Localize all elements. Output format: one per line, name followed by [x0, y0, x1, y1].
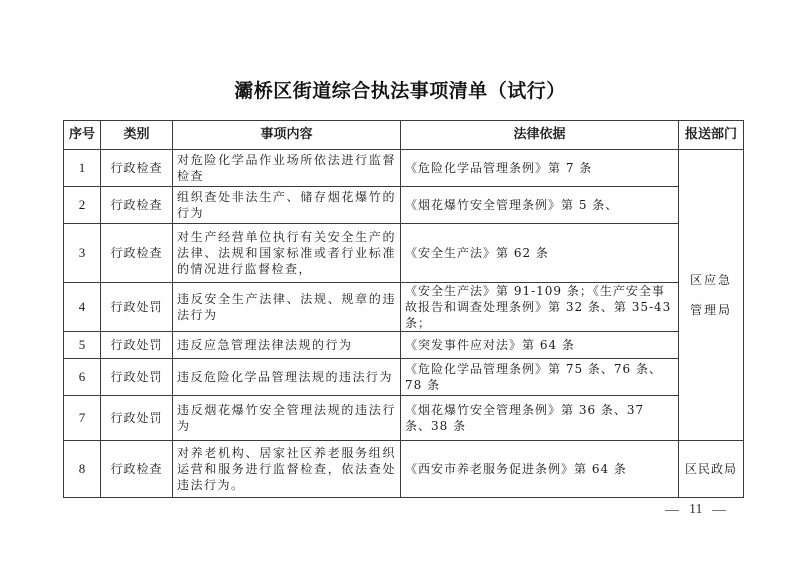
row-content: 对养老机构、居家社区养老服务组织运营和服务进行监督检查，依法查处违法行为。: [173, 441, 401, 498]
department-emergency: 区应急管理局: [679, 150, 744, 441]
row-basis: 《安全生产法》第 91-109 条；《生产安全事故报告和调查处理条例》第 32 …: [401, 283, 679, 332]
table-row: 7 行政处罚 违反烟花爆竹安全管理法规的违法行为 《烟花爆竹安全管理条例》第 3…: [64, 396, 744, 441]
row-no: 7: [64, 396, 101, 441]
row-content: 违反应急管理法律法规的行为: [173, 332, 401, 359]
row-content: 对危险化学品作业场所依法进行监督检查: [173, 150, 401, 187]
row-basis: 《危险化学品管理条例》第 75 条、76 条、78 条: [401, 359, 679, 396]
header-category: 类别: [101, 121, 173, 150]
header-department: 报送部门: [679, 121, 744, 150]
table-header-row: 序号 类别 事项内容 法律依据 报送部门: [64, 121, 744, 150]
page-footer: 11: [665, 502, 726, 518]
row-basis: 《安全生产法》第 62 条: [401, 224, 679, 283]
department-civil-affairs: 区民政局: [679, 441, 744, 498]
row-content: 违反危险化学品管理法规的违法行为: [173, 359, 401, 396]
header-no: 序号: [64, 121, 101, 150]
row-category: 行政处罚: [101, 332, 173, 359]
row-category: 行政检查: [101, 187, 173, 224]
row-basis: 《危险化学品管理条例》第 7 条: [401, 150, 679, 187]
row-content: 对生产经营单位执行有关安全生产的法律、法规和国家标准或者行业标准的情况进行监督检…: [173, 224, 401, 283]
table-row: 3 行政检查 对生产经营单位执行有关安全生产的法律、法规和国家标准或者行业标准的…: [64, 224, 744, 283]
row-no: 3: [64, 224, 101, 283]
dash-right: [712, 510, 726, 511]
dash-left: [665, 510, 679, 511]
row-no: 8: [64, 441, 101, 498]
row-no: 2: [64, 187, 101, 224]
row-category: 行政检查: [101, 224, 173, 283]
page-title: 灞桥区街道综合执法事项清单（试行）: [0, 76, 800, 103]
header-basis: 法律依据: [401, 121, 679, 150]
row-basis: 《突发事件应对法》第 64 条: [401, 332, 679, 359]
row-basis: 《烟花爆竹安全管理条例》第 36 条、37 条、38 条: [401, 396, 679, 441]
department-label: 区应急管理局: [689, 265, 733, 325]
row-category: 行政处罚: [101, 283, 173, 332]
table-row: 8 行政检查 对养老机构、居家社区养老服务组织运营和服务进行监督检查，依法查处违…: [64, 441, 744, 498]
row-category: 行政检查: [101, 441, 173, 498]
table-row: 2 行政检查 组织查处非法生产、储存烟花爆竹的行为 《烟花爆竹安全管理条例》第 …: [64, 187, 744, 224]
page-number: 11: [689, 502, 702, 518]
row-category: 行政处罚: [101, 396, 173, 441]
table-row: 1 行政检查 对危险化学品作业场所依法进行监督检查 《危险化学品管理条例》第 7…: [64, 150, 744, 187]
table-row: 4 行政处罚 违反安全生产法律、法规、规章的违法行为 《安全生产法》第 91-1…: [64, 283, 744, 332]
row-no: 1: [64, 150, 101, 187]
row-category: 行政检查: [101, 150, 173, 187]
row-no: 5: [64, 332, 101, 359]
header-content: 事项内容: [173, 121, 401, 150]
row-no: 4: [64, 283, 101, 332]
table-row: 5 行政处罚 违反应急管理法律法规的行为 《突发事件应对法》第 64 条: [64, 332, 744, 359]
row-basis: 《西安市养老服务促进条例》第 64 条: [401, 441, 679, 498]
table-row: 6 行政处罚 违反危险化学品管理法规的违法行为 《危险化学品管理条例》第 75 …: [64, 359, 744, 396]
row-content: 组织查处非法生产、储存烟花爆竹的行为: [173, 187, 401, 224]
row-no: 6: [64, 359, 101, 396]
enforcement-matters-table: 序号 类别 事项内容 法律依据 报送部门 1 行政检查 对危险化学品作业场所依法…: [63, 120, 744, 498]
row-category: 行政处罚: [101, 359, 173, 396]
row-content: 违反烟花爆竹安全管理法规的违法行为: [173, 396, 401, 441]
row-content: 违反安全生产法律、法规、规章的违法行为: [173, 283, 401, 332]
row-basis: 《烟花爆竹安全管理条例》第 5 条、: [401, 187, 679, 224]
